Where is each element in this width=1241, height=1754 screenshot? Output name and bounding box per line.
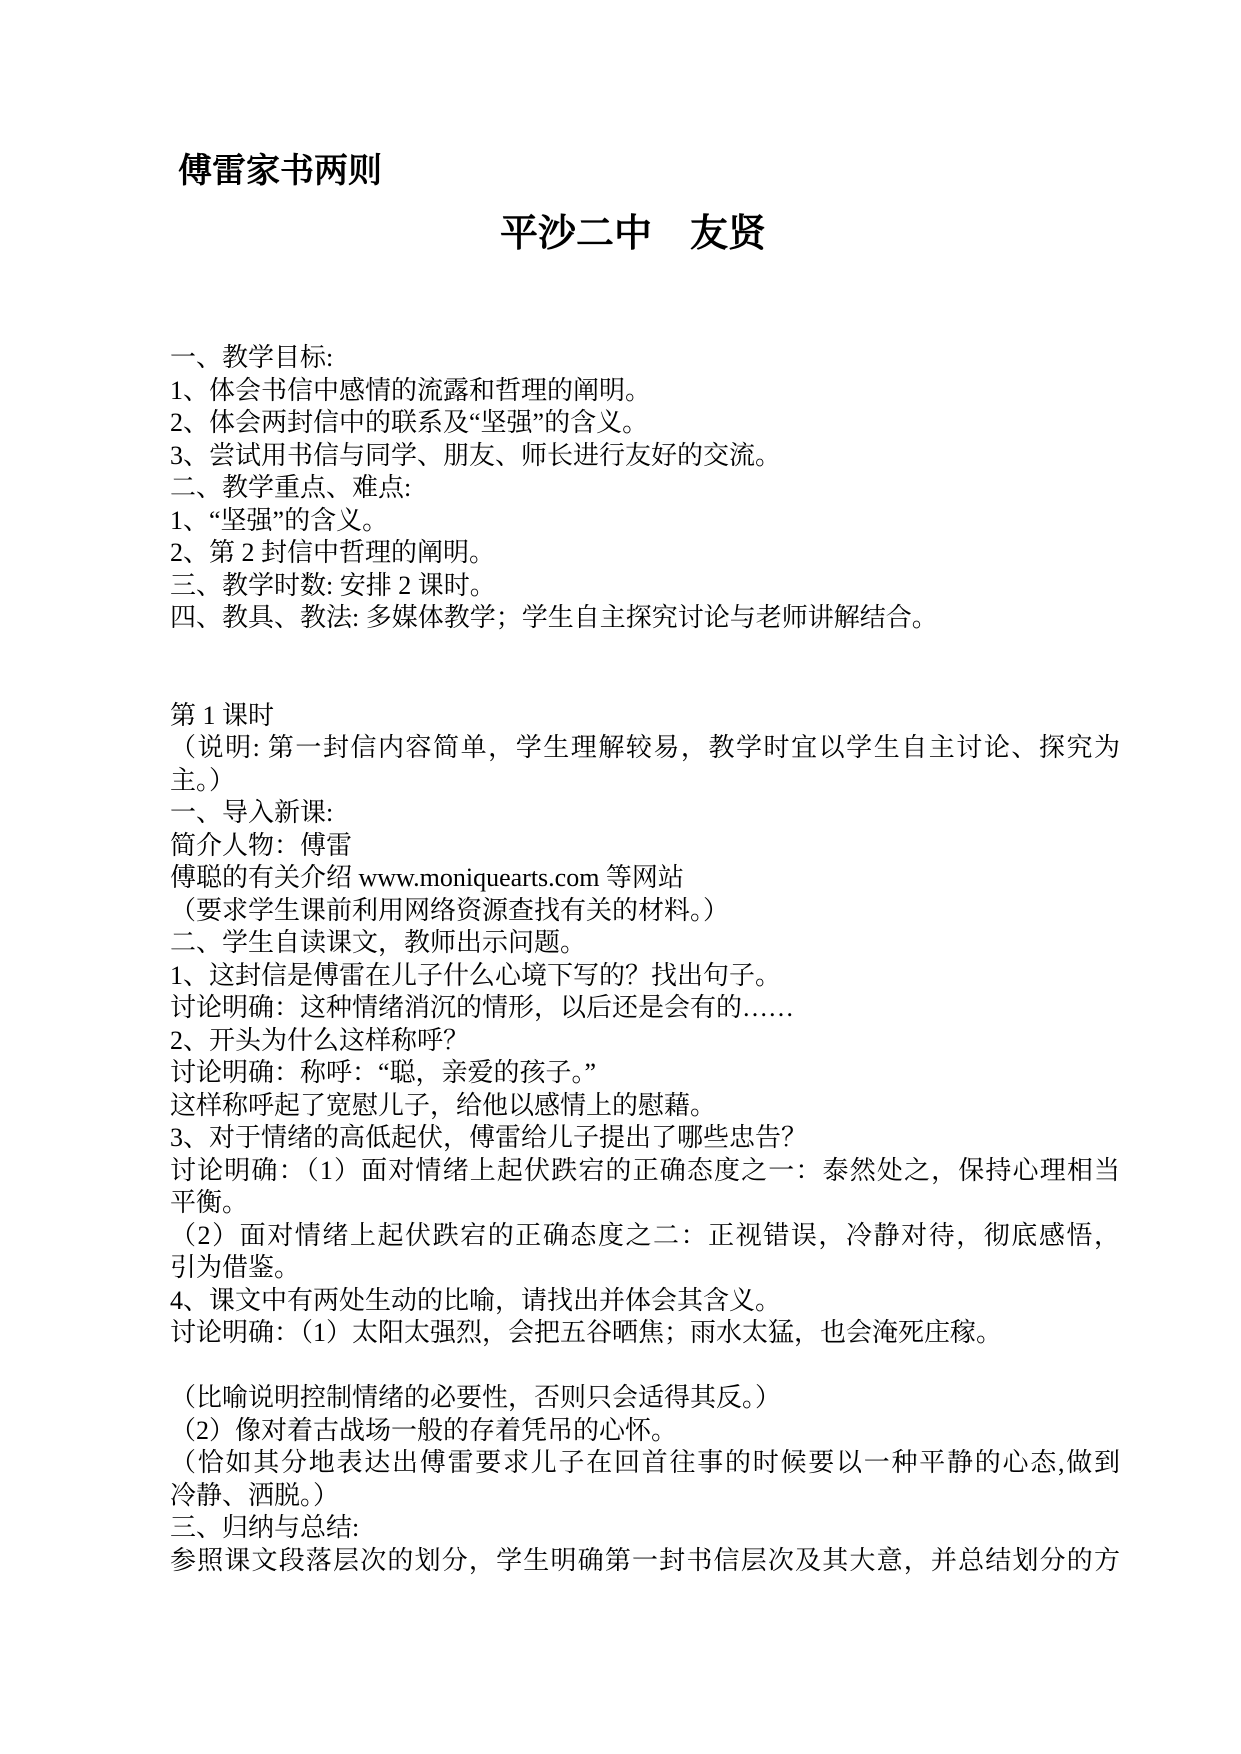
text-line: 讨论明确：（1）太阳太强烈，会把五谷晒焦；雨水太猛，也会淹死庄稼。 [170, 1317, 1120, 1350]
text-line: 主。） [170, 765, 1120, 798]
text-line: 引为借鉴。 [170, 1252, 1120, 1285]
text-line: （说明: 第一封信内容简单，学生理解较易，教学时宜以学生自主讨论、探究为 [170, 732, 1120, 765]
text-line: 3、对于情绪的高低起伏，傅雷给儿子提出了哪些忠告？ [170, 1122, 1120, 1155]
text-line: 三、归纳与总结: [170, 1512, 1120, 1545]
blank-line [170, 667, 1120, 700]
text-line: 平衡。 [170, 1187, 1120, 1220]
text-line: 2、体会两封信中的联系及“坚强”的含义。 [170, 407, 1120, 440]
text-line: 简介人物：傅雷 [170, 830, 1120, 863]
text-line: 四、教具、教法: 多媒体教学；学生自主探究讨论与老师讲解结合。 [170, 602, 1120, 635]
text-line: 二、教学重点、难点: [170, 472, 1120, 505]
text-line: 冷静、洒脱。） [170, 1480, 1120, 1513]
text-line: 1、体会书信中感情的流露和哲理的阐明。 [170, 375, 1120, 408]
text-line: 讨论明确：这种情绪消沉的情形，以后还是会有的…… [170, 992, 1120, 1025]
text-line: （恰如其分地表达出傅雷要求儿子在回首往事的时候要以一种平静的心态,做到 [170, 1447, 1120, 1480]
text-line: 一、教学目标: [170, 342, 1120, 375]
text-line: 3、尝试用书信与同学、朋友、师长进行友好的交流。 [170, 440, 1120, 473]
text-line: （要求学生课前利用网络资源查找有关的材料。） [170, 895, 1120, 928]
text-line: 2、开头为什么这样称呼？ [170, 1025, 1120, 1058]
text-line: 讨论明确：（1）面对情绪上起伏跌宕的正确态度之一：泰然处之，保持心理相当 [170, 1155, 1120, 1188]
document-body: 一、教学目标:1、体会书信中感情的流露和哲理的阐明。2、体会两封信中的联系及“坚… [170, 342, 1120, 1577]
blank-line [170, 635, 1120, 668]
text-line: 1、这封信是傅雷在儿子什么心境下写的？找出句子。 [170, 960, 1120, 993]
text-line: 4、课文中有两处生动的比喻，请找出并体会其含义。 [170, 1285, 1120, 1318]
text-line: （比喻说明控制情绪的必要性，否则只会适得其反。） [170, 1382, 1120, 1415]
text-line: 参照课文段落层次的划分，学生明确第一封书信层次及其大意，并总结划分的方 [170, 1545, 1120, 1578]
text-line: 讨论明确：称呼：“聪，亲爱的孩子。” [170, 1057, 1120, 1090]
document-subtitle: 平沙二中 友贤 [25, 212, 1241, 258]
document-page: 傅雷家书两则 平沙二中 友贤 一、教学目标:1、体会书信中感情的流露和哲理的阐明… [0, 0, 1241, 1754]
text-line: （2）面对情绪上起伏跌宕的正确态度之二：正视错误，冷静对待，彻底感悟， [170, 1220, 1120, 1253]
text-line: 傅聪的有关介绍 www.moniquearts.com 等网站 [170, 862, 1120, 895]
text-line: 1、“坚强”的含义。 [170, 505, 1120, 538]
blank-line [170, 1350, 1120, 1383]
text-line: 一、导入新课: [170, 797, 1120, 830]
text-line: 三、教学时数: 安排 2 课时。 [170, 570, 1120, 603]
text-line: （2）像对着古战场一般的存着凭吊的心怀。 [170, 1415, 1120, 1448]
text-line: 这样称呼起了宽慰儿子，给他以感情上的慰藉。 [170, 1090, 1120, 1123]
text-line: 二、学生自读课文，教师出示问题。 [170, 927, 1120, 960]
document-title: 傅雷家书两则 [178, 152, 382, 193]
text-line: 第 1 课时 [170, 700, 1120, 733]
text-line: 2、第 2 封信中哲理的阐明。 [170, 537, 1120, 570]
